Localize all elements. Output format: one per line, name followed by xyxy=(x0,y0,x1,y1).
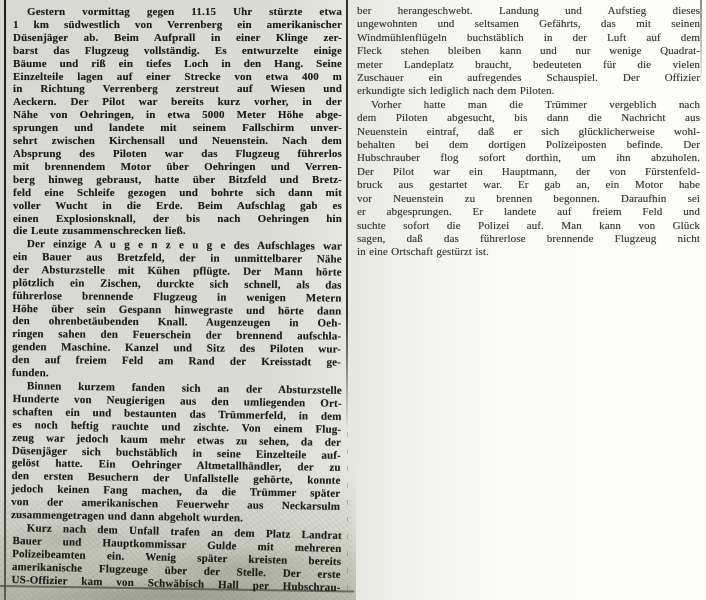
text-line: sehrt zwischen Kirchensall und Neuenstei… xyxy=(13,135,342,148)
text-line: einen Explosionsknall, der bis nach Oehr… xyxy=(13,213,342,226)
newspaper-clipping-scan: Gestern vormittag gegen 11.15 Uhr stürzt… xyxy=(0,0,706,600)
text-line: Bäume und riß ein tiefes Loch in den Han… xyxy=(13,58,342,71)
column-divider-rule-faded xyxy=(347,432,348,590)
text-line: er abgesprungen. Er landete auf freiem F… xyxy=(357,206,700,219)
text-line: 1 km südwestlich von Verrenberg ein amer… xyxy=(13,19,342,32)
text-line: Fleck stehen bleiben kann und nur wenige… xyxy=(357,45,700,58)
text-line: ungewohnten und seltsamen Gefährts, das … xyxy=(357,18,700,31)
text-line: bruck aus gestartet war. Er gab an, ein … xyxy=(357,179,700,192)
text-line: ber herangeschwebt. Landung und Aufstieg… xyxy=(357,5,700,18)
text-line: Windmühlenflügeln buchstäblich in der Lu… xyxy=(357,32,700,45)
text-line: sprungen und landete mit seinem Fallschi… xyxy=(13,122,342,135)
article-left-column: Gestern vormittag gegen 11.15 Uhr stürzt… xyxy=(13,6,342,587)
text-line: voller Wucht in die Erde. Beim Aufschlag… xyxy=(13,200,342,213)
text-line: feld eine Schleife gezogen und bohrte si… xyxy=(13,187,342,200)
text-line: Düsenjäger ab. Beim Aufprall in einer Kl… xyxy=(13,32,342,45)
column-divider-rule xyxy=(346,0,348,432)
text-line: Absprung des Piloten war das Flugzeug fü… xyxy=(13,148,342,161)
text-line: vor Neuenstein zu brennen begonnen. Dara… xyxy=(357,193,700,206)
text-line: behalten bei dem dortigen Polizeiposten … xyxy=(357,139,700,152)
article-right-column: ber herangeschwebt. Landung und Aufstieg… xyxy=(357,5,700,260)
text-line: mit brennendem Motor über Oehringen und … xyxy=(13,161,342,174)
paragraph-helicopter: ber herangeschwebt. Landung und Aufstieg… xyxy=(357,5,700,99)
text-line: Hubschrauber flog sofort dorthin, um ihn… xyxy=(357,152,700,165)
text-line: die Leute zusammenschrecken ließ. xyxy=(13,225,342,238)
right-edge-rule xyxy=(700,0,702,92)
paragraph-onlookers: Binnen kurzem fanden sich an der Absturz… xyxy=(11,380,342,527)
text-line: Der Pilot war ein Hauptmann, der von Für… xyxy=(357,166,700,179)
text-line: sagen, daß das führerlose brennende Flug… xyxy=(357,233,700,246)
text-line: Neuenstein eintraf, daß er sich glücklic… xyxy=(357,126,700,139)
paragraph-eyewitness: Der einzige A u g e n z e u g e des Aufs… xyxy=(12,238,342,383)
text-line: meter Landeplatz braucht, bedeuteten für… xyxy=(357,59,700,72)
text-line: in eine Ortschaft gestürzt ist. xyxy=(357,246,700,259)
text-line: Zuschauer ein aufregendes Schauspiel. De… xyxy=(357,72,700,85)
text-line: in Richtung Verrenberg zerstreut auf Wie… xyxy=(13,83,342,96)
text-line: Aeckern. Der Pilot war bereits kurz vorh… xyxy=(13,96,342,109)
text-line: Vorher hatte man die Trümmer vergeblich … xyxy=(357,99,700,112)
left-edge-rule xyxy=(4,0,6,600)
paragraph-crash-report: Gestern vormittag gegen 11.15 Uhr stürzt… xyxy=(13,6,342,238)
paragraph-officials: Kurz nach dem Unfall trafen an dem Platz… xyxy=(11,522,341,595)
paragraph-pilot-found: Vorher hatte man die Trümmer vergeblich … xyxy=(357,99,700,260)
text-line: barst das Flugzeug vollständig. Es entwu… xyxy=(13,45,342,58)
text-line: berg hinweg gebraust, hatte über Bitzfel… xyxy=(13,174,342,187)
text-line: Nähe von Oehringen, in etwa 5000 Meter H… xyxy=(13,109,342,122)
text-line: dem Piloten abgesucht, bis dann die Nach… xyxy=(357,112,700,125)
text-line: Einzelteile lagen auf einer Strecke von … xyxy=(13,71,342,84)
text-line: erkundigte sich lediglich nach dem Pilot… xyxy=(357,85,700,98)
text-line: suchte sofort die Polizei auf. Man kann … xyxy=(357,220,700,233)
text-line: Gestern vormittag gegen 11.15 Uhr stürzt… xyxy=(13,6,342,19)
